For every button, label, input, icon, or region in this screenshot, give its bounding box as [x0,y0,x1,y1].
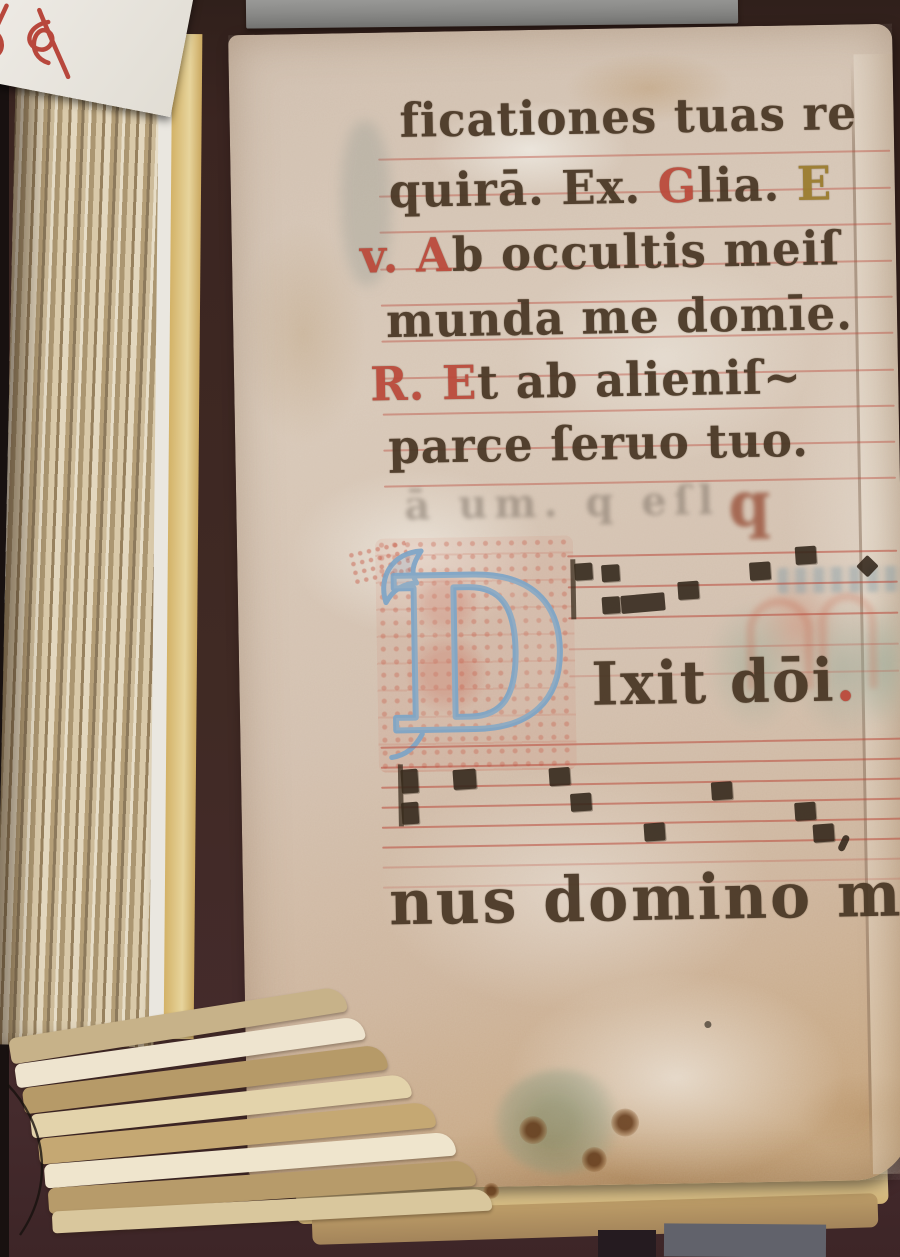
decorated-initial-d: D [375,535,577,772]
neume-square [643,822,665,841]
page-stack-fore-edges [0,34,175,1047]
text-segment-ink: b occultis meiſ [451,221,840,283]
stain-spot [582,1147,607,1172]
neume-square [711,781,733,800]
staff-line [382,798,900,809]
neume-square [574,563,593,581]
text-segment-ink: lia. [697,156,798,213]
neume-square [795,546,817,565]
stain-green [494,1068,628,1174]
text-line-6: parce ſeruo tuo. [388,412,809,474]
bleedthrough-text: ā um. q eſl [404,477,721,530]
text-segment-ink: quirā. Ex. [388,159,658,219]
text-line-2: quirā. Ex. Glia. E [388,156,832,219]
text-segment-ink: t ab alieniſ~ [477,349,803,410]
text-segment-ink: ficationes tuas re [399,85,857,148]
neume-square [794,802,816,821]
staff-line [568,581,898,589]
stain-spot [611,1108,639,1136]
text-segment-ink: parce ſeruo tuo. [388,412,809,474]
chant-text-line-2: nus domino me [389,858,900,940]
text-segment-ink: munda me domīe. [386,285,854,348]
support-block [664,1223,826,1257]
neume-tick [837,834,851,852]
neume-square [602,596,621,614]
text-line-1: ficationes tuas re [399,85,857,148]
neume-square [812,823,834,842]
ruler-bar [246,0,738,29]
text-segment-red: R. E [370,355,478,412]
svg-text:D: D [383,535,571,772]
bleedthrough-letter: q [728,468,771,542]
neume-stem [570,559,576,619]
text-line-4: munda me domīe. [386,285,854,348]
neume-square [570,793,592,812]
neume-square [601,564,620,582]
text-line-5: R. Et ab alieniſ~ [370,349,803,412]
text-segment-gold: E [796,156,832,212]
text-segment-red: G [657,158,697,214]
manuscript-page: ficationes tuas re quirā. Ex. Glia. E v.… [228,24,900,1191]
neume-square [548,767,570,786]
neume-ligature [620,592,665,614]
neume-square [677,581,699,600]
text-line-3: v. Ab occultis meiſ [359,221,840,284]
neume-diamond [856,555,879,578]
text-segment-ink: Ixit dōi [591,645,836,719]
staff-line [381,758,900,769]
text-segment-ink: nus domino me [389,858,900,940]
photo-of-antiphonal-manuscript: ficationes tuas re quirā. Ex. Glia. E v.… [0,0,900,1257]
neume-square [749,561,771,580]
penwork-ground: D [375,535,577,772]
ink-fleck [704,1021,711,1028]
red-ink-mark [0,0,138,104]
text-segment-red: v. A [359,227,452,284]
staff-line [567,550,897,558]
neume-square [452,768,476,790]
chant-text-line-1: Ixit dōi. [591,645,858,719]
neume-stem [398,764,404,826]
binding-thread [0,1040,120,1257]
shadow-notch [598,1230,656,1257]
text-segment-red: . [835,645,858,715]
